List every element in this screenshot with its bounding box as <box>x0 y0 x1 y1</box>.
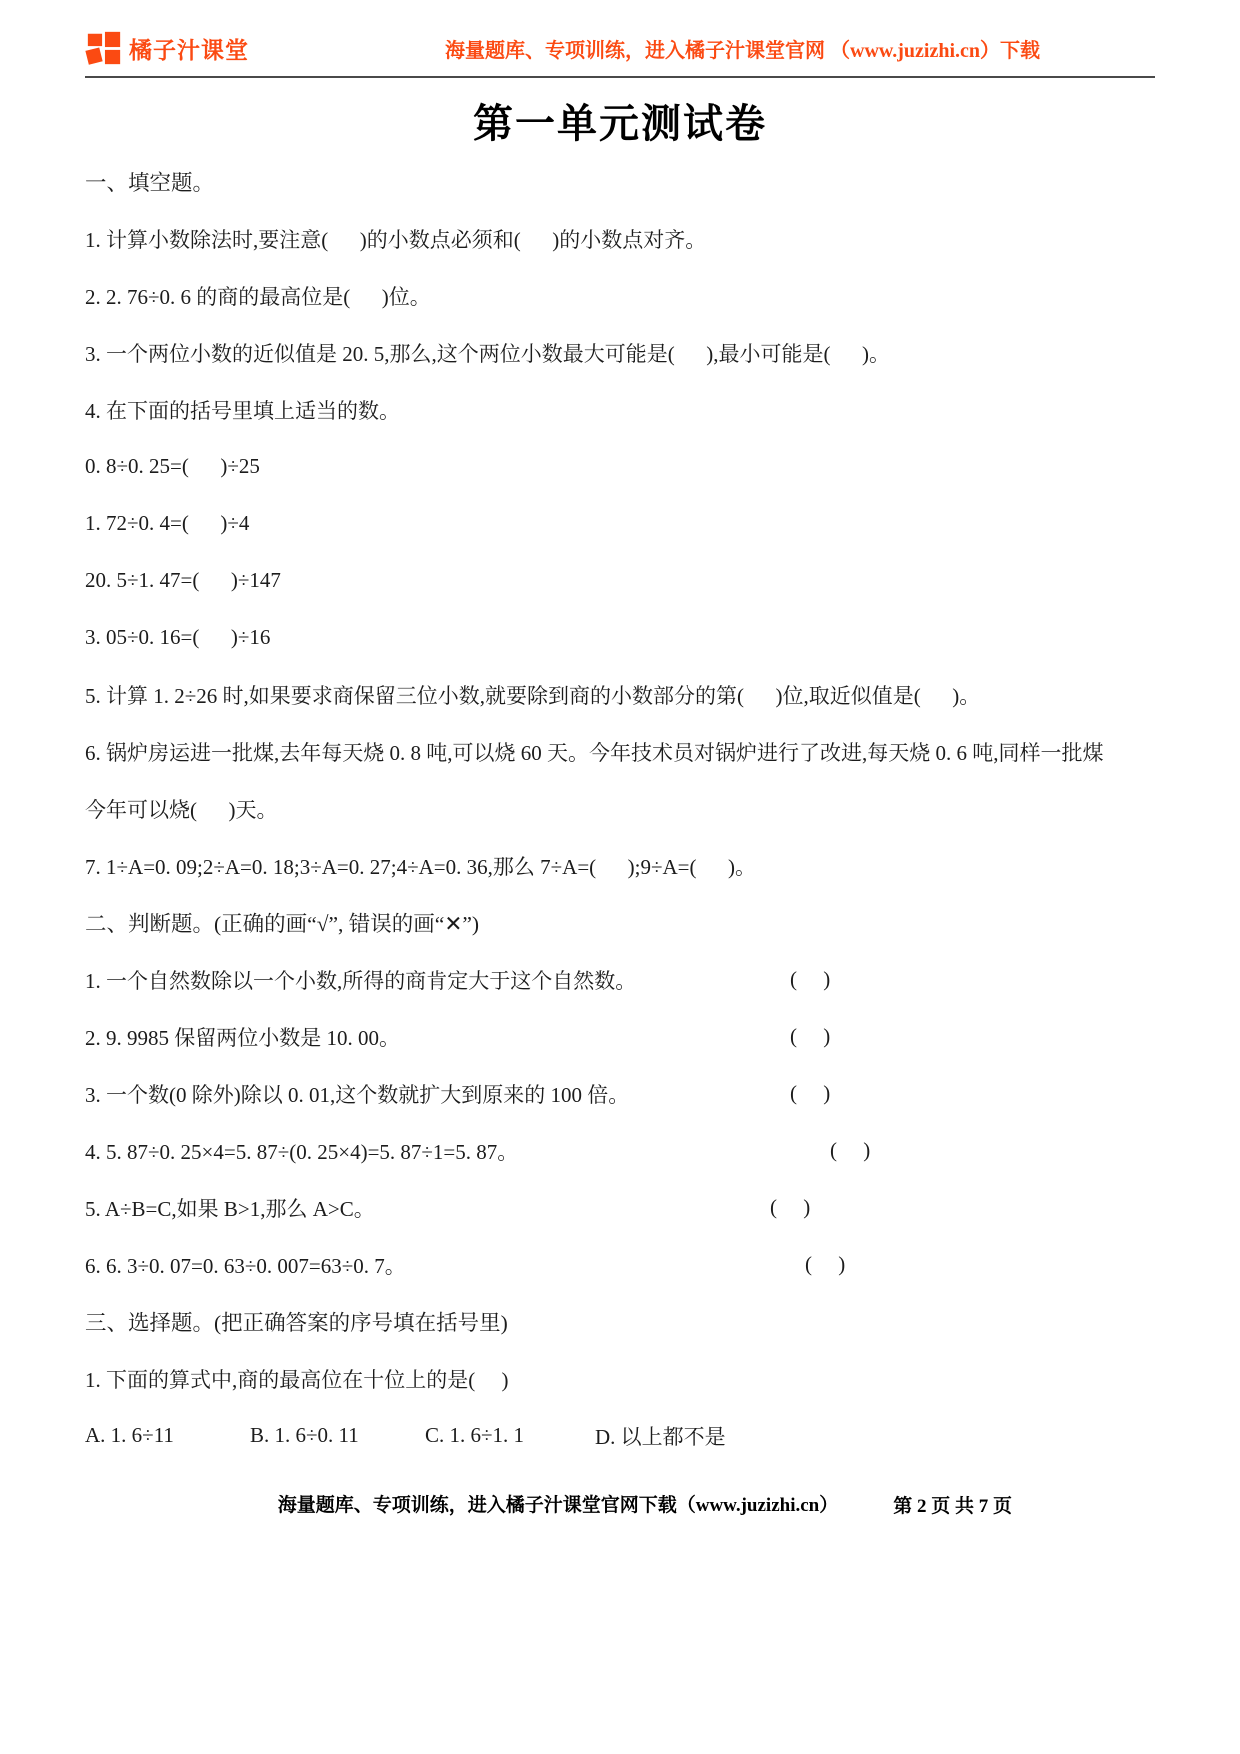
option-d: D. 以上都不是 <box>595 1421 726 1451</box>
juzizhi-logo-icon <box>85 29 123 67</box>
judge-question-1: 1. 一个自然数除以一个小数,所得的商肯定大于这个自然数。 ( ) <box>85 951 1155 1008</box>
option-a: A. 1. 6÷11 <box>85 1423 250 1448</box>
worksheet-body: 一、填空题。 1. 计算小数除法时,要注意( )的小数点必须和( )的小数点对齐… <box>0 149 1240 1464</box>
fill-question-3: 3. 一个两位小数的近似值是 20. 5,那么,这个两位小数最大可能是( ),最… <box>85 324 1155 381</box>
judge-question-4: 4. 5. 87÷0. 25×4=5. 87÷(0. 25×4)=5. 87÷1… <box>85 1122 1155 1179</box>
judge-question-6-text: 6. 6. 3÷0. 07=0. 63÷0. 007=63÷0. 7。 <box>85 1250 406 1280</box>
judge-question-5-text: 5. A÷B=C,如果 B>1,那么 A>C。 <box>85 1193 375 1223</box>
judge-question-3-text: 3. 一个数(0 除外)除以 0. 01,这个数就扩大到原来的 100 倍。 <box>85 1079 629 1109</box>
option-b: B. 1. 6÷0. 11 <box>250 1423 425 1448</box>
brand: 橘子汁课堂 <box>85 29 249 67</box>
answer-parens: ( ) <box>790 967 830 992</box>
answer-parens: ( ) <box>805 1252 845 1277</box>
fill-question-1: 1. 计算小数除法时,要注意( )的小数点必须和( )的小数点对齐。 <box>85 210 1155 267</box>
page-footer: 海量题库、专项训练，进入橘子汁课堂官网下载（www.juzizhi.cn） 第 … <box>0 1490 1240 1530</box>
fill-question-4: 4. 在下面的括号里填上适当的数。 <box>85 381 1155 438</box>
judge-question-2-text: 2. 9. 9985 保留两位小数是 10. 00。 <box>85 1022 400 1052</box>
answer-parens: ( ) <box>790 1081 830 1106</box>
fill-question-5: 5. 计算 1. 2÷26 时,如果要求商保留三位小数,就要除到商的小数部分的第… <box>85 666 1155 723</box>
judge-question-6: 6. 6. 3÷0. 07=0. 63÷0. 007=63÷0. 7。 ( ) <box>85 1236 1155 1293</box>
header-promo-text: 海量题库、专项训练，进入橘子汁课堂官网 （www.juzizhi.cn）下载 <box>445 34 1040 63</box>
page-title: 第一单元测试卷 <box>0 92 1240 149</box>
fill-question-4-sub-3: 20. 5÷1. 47=( )÷147 <box>85 552 1155 609</box>
judge-question-1-text: 1. 一个自然数除以一个小数,所得的商肯定大于这个自然数。 <box>85 965 636 995</box>
header-divider <box>85 76 1155 78</box>
section-heading-true-false: 二、判断题。(正确的画“√”, 错误的画“✕”) <box>85 894 1155 951</box>
fill-question-7: 7. 1÷A=0. 09;2÷A=0. 18;3÷A=0. 27;4÷A=0. … <box>85 837 1155 894</box>
answer-parens: ( ) <box>770 1195 810 1220</box>
section-heading-multiple-choice: 三、选择题。(把正确答案的序号填在括号里) <box>85 1293 1155 1350</box>
judge-question-3: 3. 一个数(0 除外)除以 0. 01,这个数就扩大到原来的 100 倍。 (… <box>85 1065 1155 1122</box>
answer-parens: ( ) <box>790 1024 830 1049</box>
worksheet-page: 橘子汁课堂 海量题库、专项训练，进入橘子汁课堂官网 （www.juzizhi.c… <box>0 0 1240 1754</box>
brand-name: 橘子汁课堂 <box>129 32 249 65</box>
choice-question-1: 1. 下面的算式中,商的最高位在十位上的是( ) <box>85 1350 1155 1407</box>
judge-question-5: 5. A÷B=C,如果 B>1,那么 A>C。 ( ) <box>85 1179 1155 1236</box>
judge-question-4-text: 4. 5. 87÷0. 25×4=5. 87÷(0. 25×4)=5. 87÷1… <box>85 1136 518 1166</box>
page-header: 橘子汁课堂 海量题库、专项训练，进入橘子汁课堂官网 （www.juzizhi.c… <box>0 0 1240 72</box>
fill-question-4-sub-4: 3. 05÷0. 16=( )÷16 <box>85 609 1155 666</box>
section-heading-fill-in: 一、填空题。 <box>85 153 1155 210</box>
fill-question-4-sub-1: 0. 8÷0. 25=( )÷25 <box>85 438 1155 495</box>
fill-question-4-sub-2: 1. 72÷0. 4=( )÷4 <box>85 495 1155 552</box>
fill-question-2: 2. 2. 76÷0. 6 的商的最高位是( )位。 <box>85 267 1155 324</box>
choice-question-1-options: A. 1. 6÷11 B. 1. 6÷0. 11 C. 1. 6÷1. 1 D.… <box>85 1407 1155 1464</box>
fill-question-6-line-1: 6. 锅炉房运进一批煤,去年每天烧 0. 8 吨,可以烧 60 天。今年技术员对… <box>85 723 1155 780</box>
answer-parens: ( ) <box>830 1138 870 1163</box>
page-number: 第 2 页 共 7 页 <box>893 1491 1012 1518</box>
judge-question-2: 2. 9. 9985 保留两位小数是 10. 00。 ( ) <box>85 1008 1155 1065</box>
option-c: C. 1. 6÷1. 1 <box>425 1423 595 1448</box>
fill-question-6-line-2: 今年可以烧( )天。 <box>85 780 1155 837</box>
